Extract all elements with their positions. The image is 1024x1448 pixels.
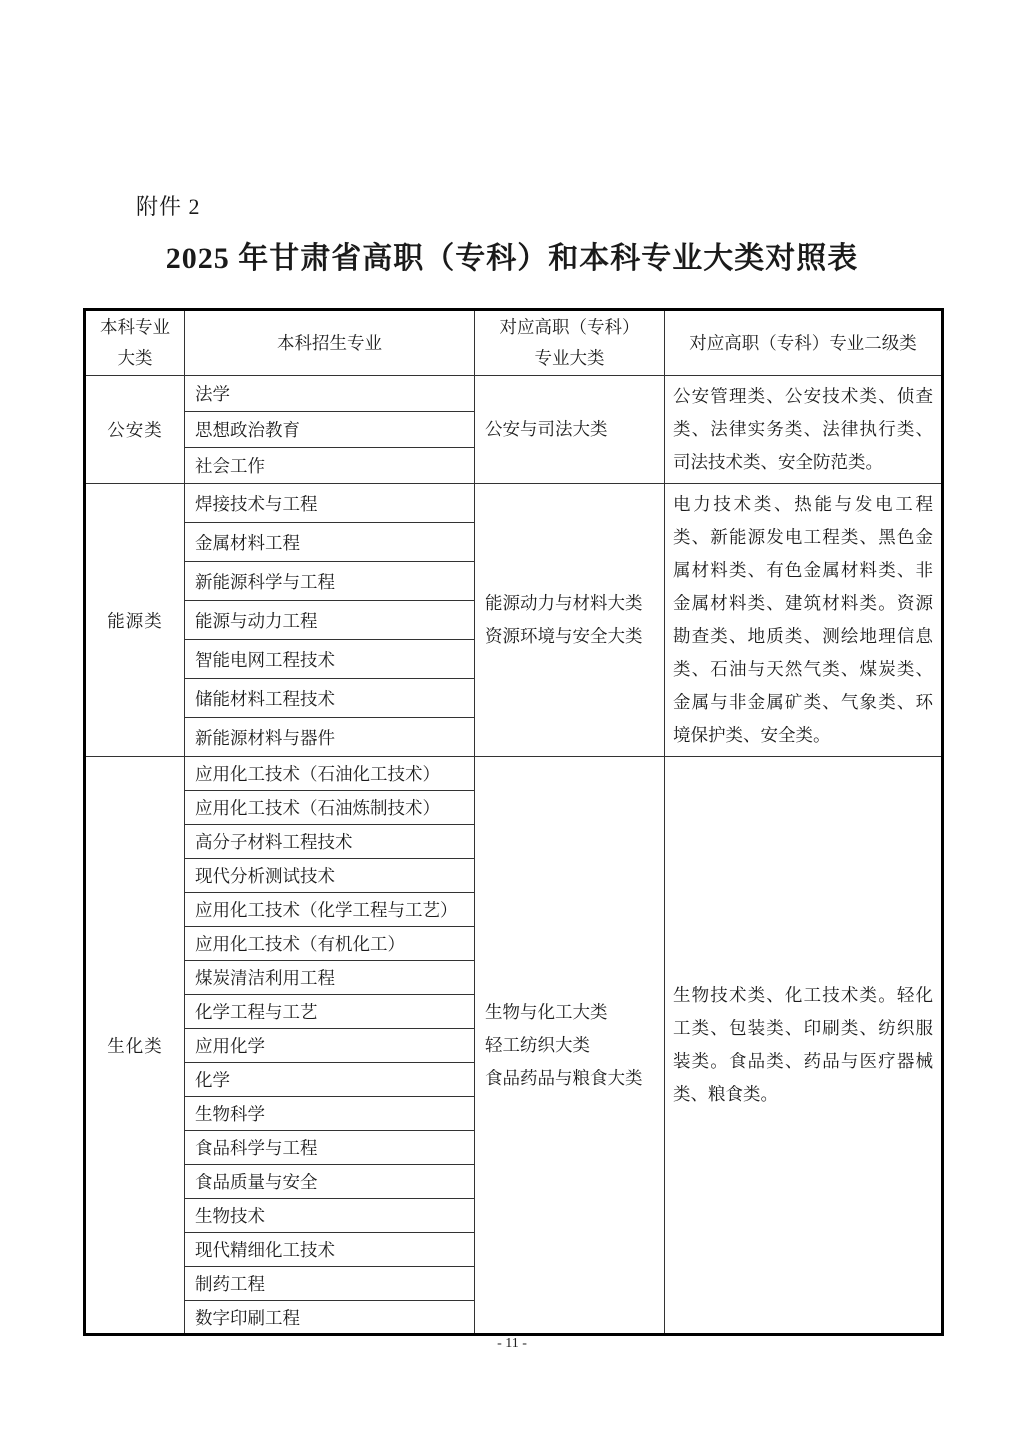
major-cell: 现代精细化工技术 xyxy=(185,1233,475,1267)
major-cell: 智能电网工程技术 xyxy=(185,640,475,679)
major-cell: 法学 xyxy=(185,376,475,412)
major-cell: 制药工程 xyxy=(185,1267,475,1301)
major-cell: 新能源材料与器件 xyxy=(185,718,475,757)
comparison-table: 本科专业 大类 本科招生专业 对应高职（专科） 专业大类 对应高职（专科）专业二… xyxy=(83,308,944,1336)
document-page: 附件 2 2025 年甘肃省高职（专科）和本科专业大类对照表 本科专业 大类 本… xyxy=(0,0,1024,1448)
major-cell: 数字印刷工程 xyxy=(185,1301,475,1335)
major-cell: 现代分析测试技术 xyxy=(185,859,475,893)
page-number: - 11 - xyxy=(0,1336,1024,1352)
category-cell: 生化类 xyxy=(85,757,185,1335)
header-undergrad-majors: 本科招生专业 xyxy=(185,310,475,376)
vocational-subcategory-cell: 公安管理类、公安技术类、侦查类、法律实务类、法律执行类、司法技术类、安全防范类。 xyxy=(665,376,943,484)
table-row: 生化类 应用化工技术（石油化工技术） 生物与化工大类 轻工纺织大类 食品药品与粮… xyxy=(85,757,943,791)
major-cell: 社会工作 xyxy=(185,448,475,484)
vocational-subcategory-cell: 电力技术类、热能与发电工程类、新能源发电工程类、黑色金属材料类、有色金属材料类、… xyxy=(665,484,943,757)
major-cell: 应用化工技术（化学工程与工艺） xyxy=(185,893,475,927)
major-cell: 思想政治教育 xyxy=(185,412,475,448)
major-cell: 应用化工技术（有机化工） xyxy=(185,927,475,961)
major-cell: 金属材料工程 xyxy=(185,523,475,562)
vocational-category-cell: 能源动力与材料大类 资源环境与安全大类 xyxy=(475,484,665,757)
major-cell: 高分子材料工程技术 xyxy=(185,825,475,859)
table-row: 能源类 焊接技术与工程 能源动力与材料大类 资源环境与安全大类 电力技术类、热能… xyxy=(85,484,943,523)
major-cell: 应用化工技术（石油化工技术） xyxy=(185,757,475,791)
major-cell: 应用化工技术（石油炼制技术） xyxy=(185,791,475,825)
header-row: 本科专业 大类 本科招生专业 对应高职（专科） 专业大类 对应高职（专科）专业二… xyxy=(85,310,943,376)
attachment-label: 附件 2 xyxy=(136,190,201,221)
major-cell: 应用化学 xyxy=(185,1029,475,1063)
major-cell: 食品科学与工程 xyxy=(185,1131,475,1165)
major-cell: 新能源科学与工程 xyxy=(185,562,475,601)
category-cell: 能源类 xyxy=(85,484,185,757)
major-cell: 化学工程与工艺 xyxy=(185,995,475,1029)
major-cell: 生物科学 xyxy=(185,1097,475,1131)
header-undergrad-category: 本科专业 大类 xyxy=(85,310,185,376)
vocational-category-cell: 公安与司法大类 xyxy=(475,376,665,484)
category-cell: 公安类 xyxy=(85,376,185,484)
major-cell: 生物技术 xyxy=(185,1199,475,1233)
vocational-category-cell: 生物与化工大类 轻工纺织大类 食品药品与粮食大类 xyxy=(475,757,665,1335)
major-cell: 能源与动力工程 xyxy=(185,601,475,640)
table-row: 公安类 法学 公安与司法大类 公安管理类、公安技术类、侦查类、法律实务类、法律执… xyxy=(85,376,943,412)
major-cell: 焊接技术与工程 xyxy=(185,484,475,523)
major-cell: 煤炭清洁利用工程 xyxy=(185,961,475,995)
major-cell: 储能材料工程技术 xyxy=(185,679,475,718)
major-cell: 食品质量与安全 xyxy=(185,1165,475,1199)
header-vocational-subcategory: 对应高职（专科）专业二级类 xyxy=(665,310,943,376)
page-title: 2025 年甘肃省高职（专科）和本科专业大类对照表 xyxy=(0,233,1024,277)
major-cell: 化学 xyxy=(185,1063,475,1097)
vocational-subcategory-cell: 生物技术类、化工技术类。轻化工类、包装类、印刷类、纺织服装类。食品类、药品与医疗… xyxy=(665,757,943,1335)
header-vocational-category: 对应高职（专科） 专业大类 xyxy=(475,310,665,376)
